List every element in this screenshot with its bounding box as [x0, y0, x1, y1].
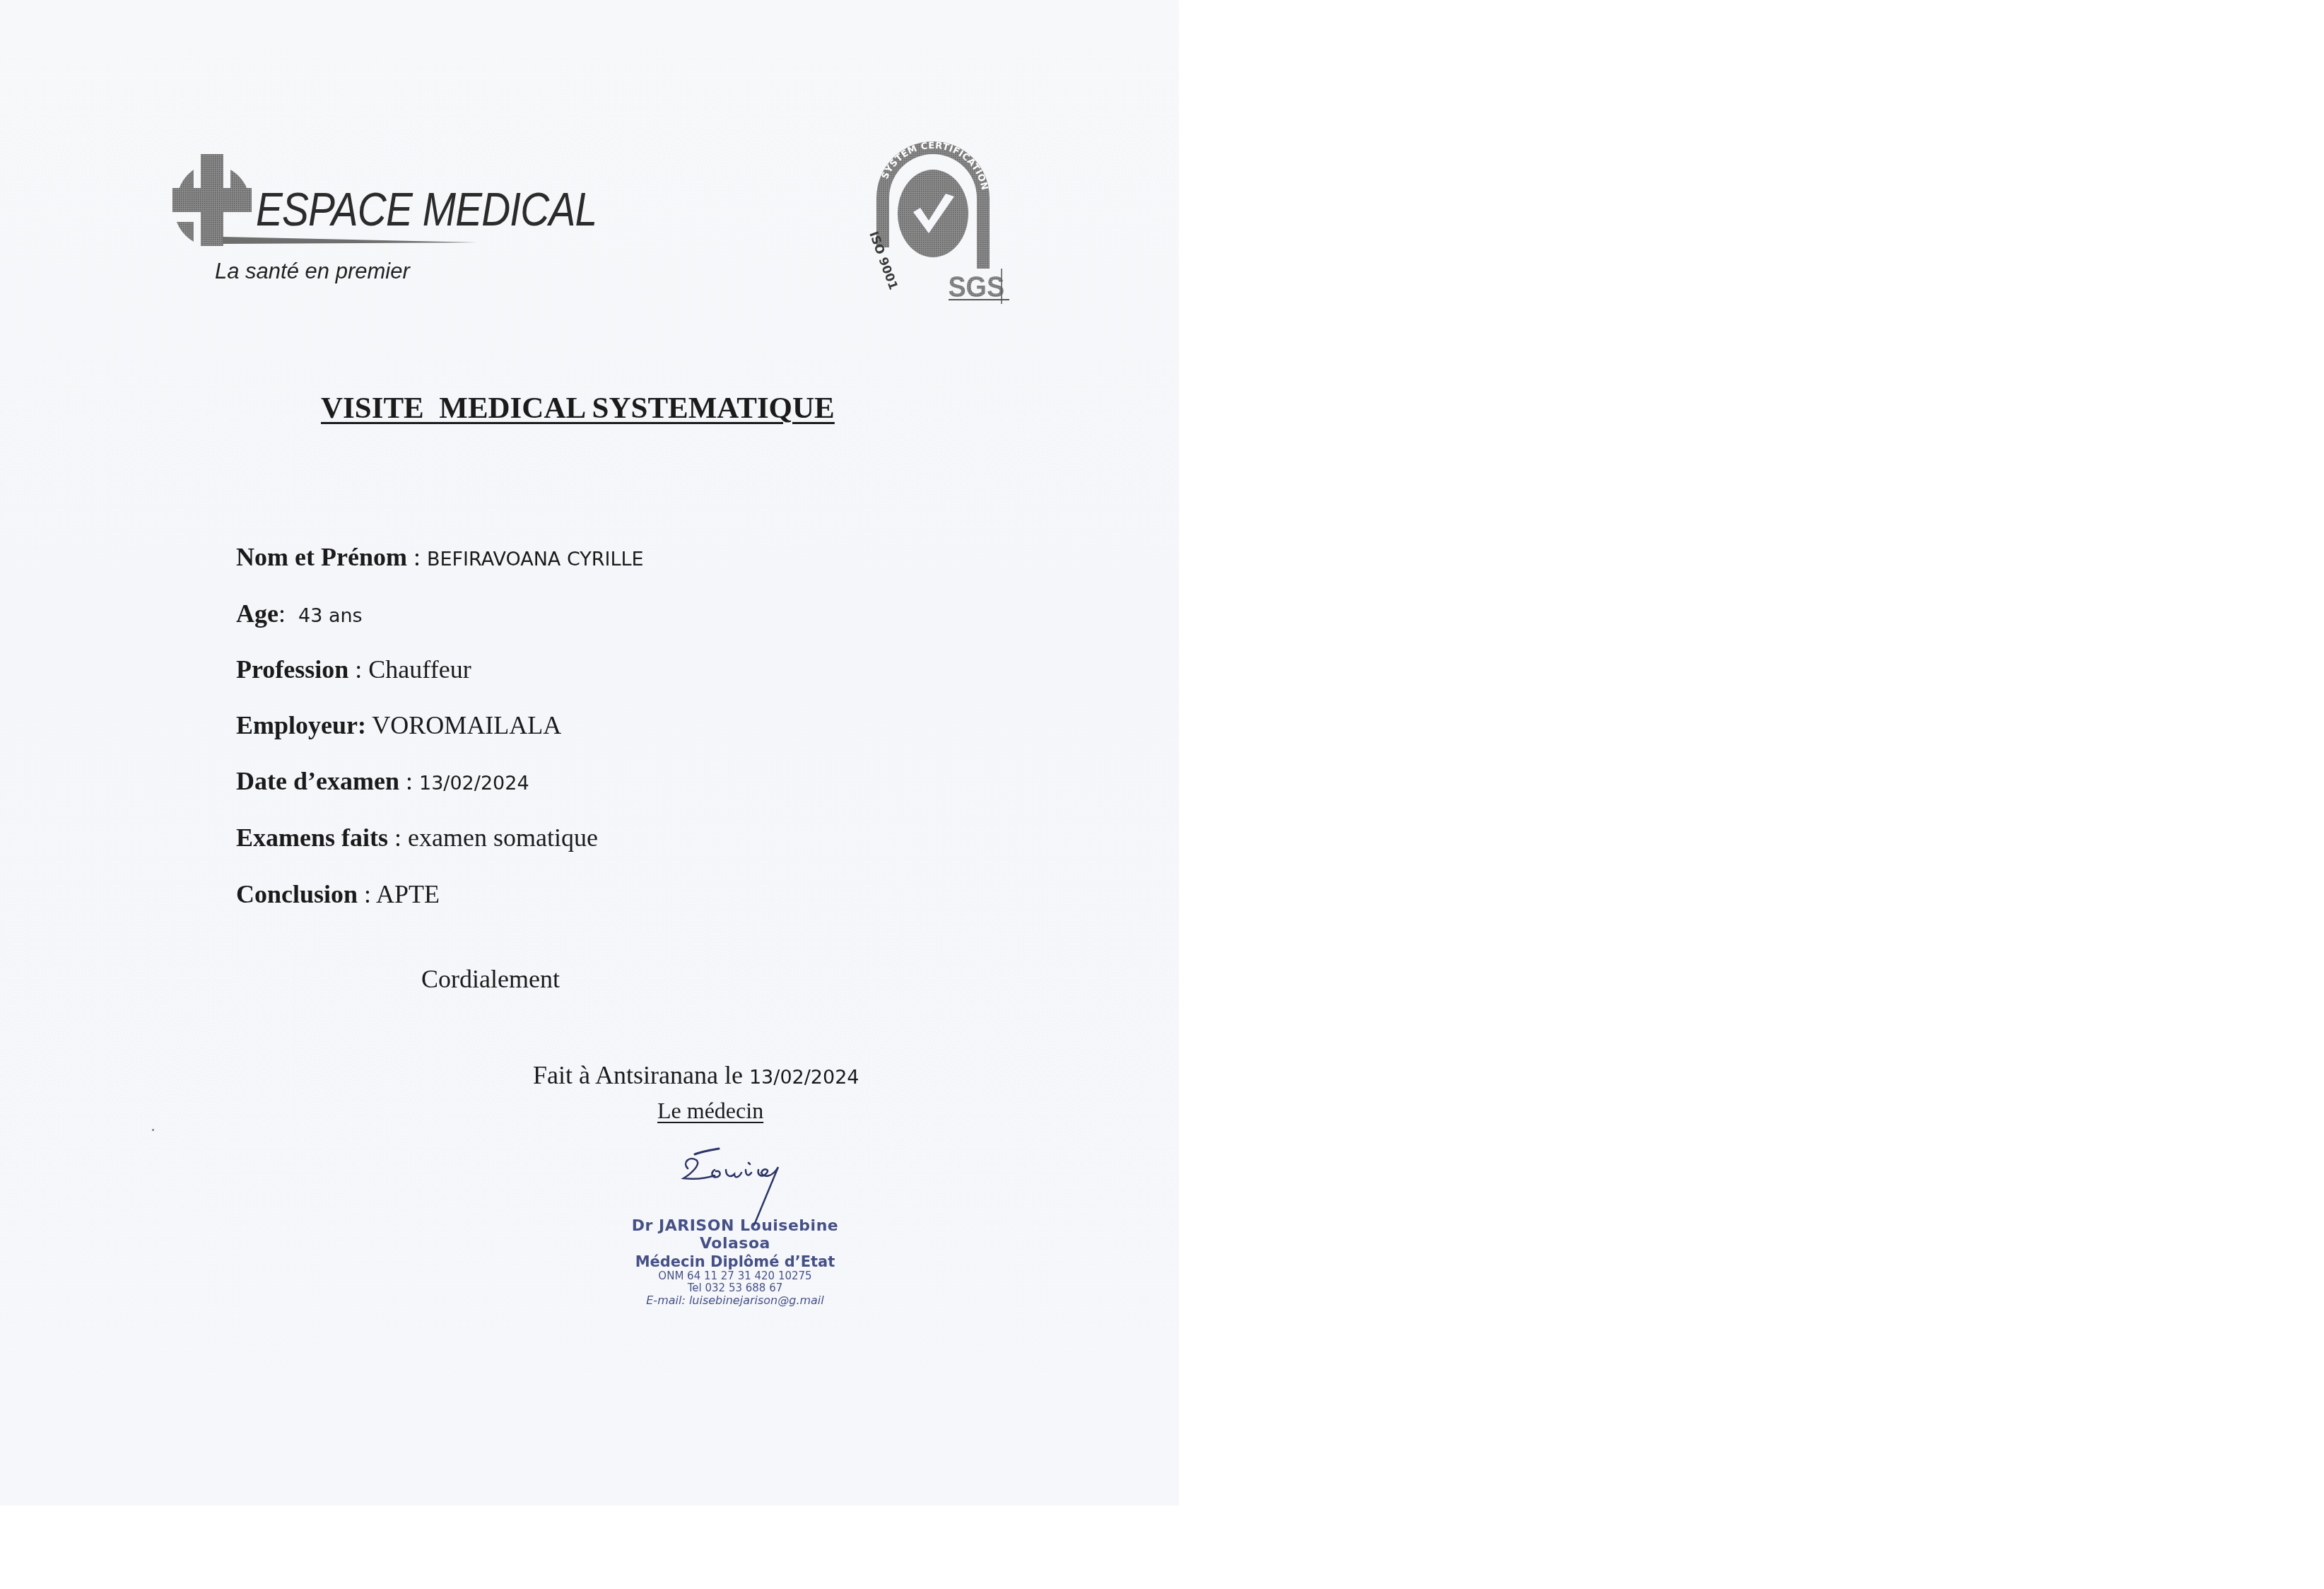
field-label: Nom et Prénom [236, 543, 407, 571]
field-conclusion: Conclusion : APTE [211, 850, 440, 939]
doctor-stamp: Dr JARISON Louisebine Volasoa Médecin Di… [601, 1217, 869, 1308]
field-label: Profession [236, 655, 348, 684]
field-label: Date d’examen [236, 767, 399, 795]
stamp-phone: Tel 032 53 688 67 [601, 1282, 869, 1294]
sgs-text: SGS [948, 271, 1004, 303]
brand-name: ESPACE MEDICAL [256, 182, 597, 236]
stamp-email: E-mail: luisebinejarison@g.mail [601, 1294, 869, 1307]
iso-certification-logo: SYSTEM CERTIFICATION ISO 9001 SGS [855, 127, 1011, 304]
scanned-page: ESPACE MEDICAL La santé en premier SYSTE… [0, 0, 1179, 1506]
iso-standard-text: ISO 9001 [866, 230, 900, 292]
field-label: Examens faits [236, 823, 388, 852]
brand-underline-swoosh [223, 235, 477, 245]
stamp-onm-number: ONM 64 11 27 31 420 10275 [601, 1270, 869, 1282]
stamp-title: Médecin Diplômé d’Etat [601, 1253, 869, 1270]
field-value: VOROMAILALA [372, 711, 561, 739]
field-value: 13/02/2024 [419, 773, 529, 794]
signatory-label: Le médecin [657, 1098, 763, 1124]
stamp-doctor-name: Dr JARISON Louisebine Volasoa [601, 1217, 869, 1253]
scan-speck [152, 1129, 154, 1131]
field-label: Employeur: [236, 711, 366, 739]
document-title: VISITE MEDICAL SYSTEMATIQUE [321, 391, 835, 426]
place-date-value: 13/02/2024 [749, 1067, 859, 1089]
field-label: Age [236, 599, 278, 628]
checkmark-icon [898, 170, 968, 257]
field-value: BEFIRAVOANA CYRILLE [427, 549, 644, 570]
field-value: Chauffeur [368, 655, 471, 684]
field-label: Conclusion [236, 880, 358, 908]
field-value: APTE [376, 880, 440, 908]
handwritten-signature [675, 1142, 823, 1226]
medical-cross-icon [172, 154, 252, 246]
field-value: 43 ans [298, 605, 363, 627]
brand-tagline: La santé en premier [215, 259, 410, 284]
field-value: examen somatique [408, 823, 598, 852]
closing-text: Cordialement [421, 964, 560, 994]
